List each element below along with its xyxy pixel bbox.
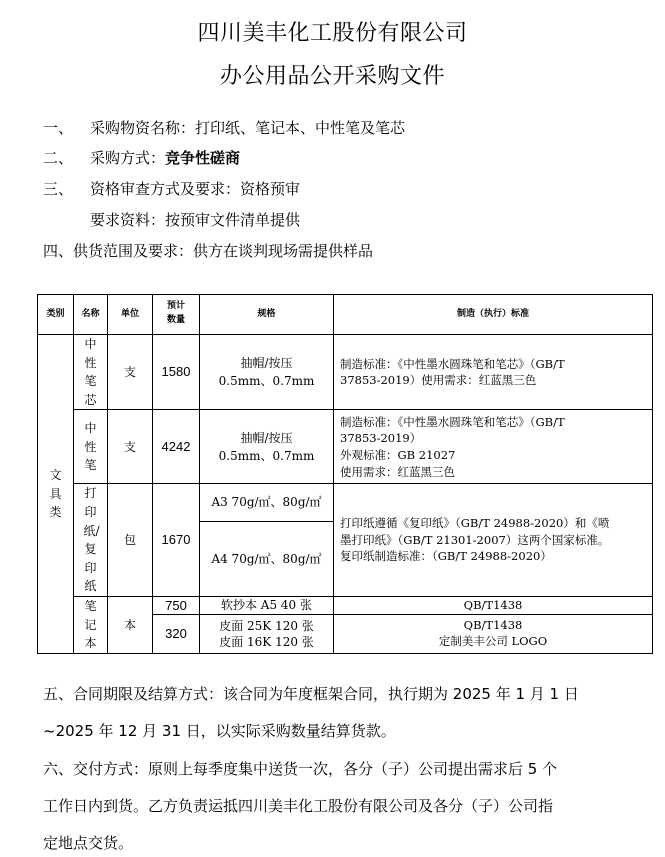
item-spec: 抽帽/按压 0.5mm、0.7mm — [200, 335, 334, 410]
item-unit: 支 — [108, 410, 153, 484]
item-unit: 本 — [108, 596, 153, 653]
item-standard: 打印纸遵循《复印纸》（GB/T 24988-2020）和《喷墨打印纸》（GB/T… — [334, 484, 653, 597]
section-3-requirements: 要求资料：按预审文件清单提供 — [90, 209, 300, 230]
item-name: 笔记本 — [74, 596, 108, 653]
clause-6-line-3: 定地点交货。 — [43, 832, 133, 853]
table-row: 笔记本 本 750 软抄本 A5 40 张 QB/T1438 — [38, 596, 653, 614]
item-spec-a3: A3 70g/㎡、80g/㎡ — [200, 484, 334, 521]
section-number: 三、 — [43, 178, 90, 199]
item-unit: 支 — [108, 335, 153, 410]
item-standard: QB/T1438 — [334, 596, 653, 614]
item-name: 中性笔 — [74, 410, 108, 484]
header-standard: 制造（执行）标准 — [334, 295, 653, 335]
section-value: 按预审文件清单提供 — [165, 211, 300, 229]
item-standard: 制造标准：《中性墨水圆珠笔和笔芯》（GB/T37853-2019）使用需求：红蓝… — [334, 335, 653, 410]
section-label: 资格审查方式及要求： — [90, 180, 240, 198]
clause-5-line-1: 五、合同期限及结算方式：该合同为年度框架合同，执行期为 2025 年 1 月 1… — [43, 683, 579, 704]
item-qty: 1580 — [153, 335, 200, 410]
item-qty: 320 — [153, 615, 200, 654]
clause-6-line-1: 六、交付方式：原则上每季度集中送货一次，各分（子）公司提出需求后 5 个 — [43, 758, 557, 779]
item-standard: 制造标准：《中性墨水圆珠笔和笔芯》（GB/T37853-2019）外观标准：GB… — [334, 410, 653, 484]
item-name: 打印纸/复印纸 — [74, 484, 108, 597]
table-header-row: 类别 名称 单位 预计数量 规格 制造（执行）标准 — [38, 295, 653, 335]
category-cell: 文具类 — [38, 335, 74, 654]
section-1: 一、采购物资名称：打印纸、笔记本、中性笔及笔芯 — [43, 117, 405, 138]
section-2: 二、采购方式：竞争性磋商 — [43, 147, 240, 168]
section-3: 三、资格审查方式及要求：资格预审 — [43, 178, 300, 199]
header-qty: 预计数量 — [153, 295, 200, 335]
table-row: 文具类 中性笔芯 支 1580 抽帽/按压 0.5mm、0.7mm 制造标准：《… — [38, 335, 653, 410]
section-label: 采购物资名称： — [90, 119, 195, 137]
item-spec: 皮面 25K 120 张皮面 16K 120 张 — [200, 615, 334, 654]
procurement-table: 类别 名称 单位 预计数量 规格 制造（执行）标准 文具类 中性笔芯 支 158… — [37, 294, 653, 654]
header-category: 类别 — [38, 295, 74, 335]
section-value: 打印纸、笔记本、中性笔及笔芯 — [195, 119, 405, 137]
section-value: 资格预审 — [240, 180, 300, 198]
item-unit: 包 — [108, 484, 153, 597]
section-number: 二、 — [43, 147, 90, 168]
clause-6-line-2: 工作日内到货。乙方负责运抵四川美丰化工股份有限公司及各分（子）公司指 — [43, 795, 553, 816]
section-number: 一、 — [43, 117, 90, 138]
table-row: 打印纸/复印纸 包 1670 A3 70g/㎡、80g/㎡ 打印纸遵循《复印纸》… — [38, 484, 653, 521]
item-qty: 1670 — [153, 484, 200, 597]
section-4: 四、供货范围及要求：供方在谈判现场需提供样品 — [43, 240, 373, 261]
section-label: 要求资料： — [90, 211, 165, 229]
item-name: 中性笔芯 — [74, 335, 108, 410]
item-spec-a4: A4 70g/㎡、80g/㎡ — [200, 521, 334, 596]
item-spec: 抽帽/按压 0.5mm、0.7mm — [200, 410, 334, 484]
table-row: 中性笔 支 4242 抽帽/按压 0.5mm、0.7mm 制造标准：《中性墨水圆… — [38, 410, 653, 484]
clause-5-line-2: ~2025 年 12 月 31 日，以实际采购数量结算货款。 — [43, 720, 396, 741]
item-qty: 4242 — [153, 410, 200, 484]
item-standard: QB/T1438定制美丰公司 LOGO — [334, 615, 653, 654]
section-label: 采购方式： — [90, 149, 165, 167]
section-value: 竞争性磋商 — [165, 149, 240, 167]
document-title: 办公用品公开采购文件 — [0, 59, 665, 90]
item-qty: 750 — [153, 596, 200, 614]
header-name: 名称 — [74, 295, 108, 335]
item-spec: 软抄本 A5 40 张 — [200, 596, 334, 614]
header-spec: 规格 — [200, 295, 334, 335]
company-name: 四川美丰化工股份有限公司 — [0, 16, 665, 47]
header-unit: 单位 — [108, 295, 153, 335]
